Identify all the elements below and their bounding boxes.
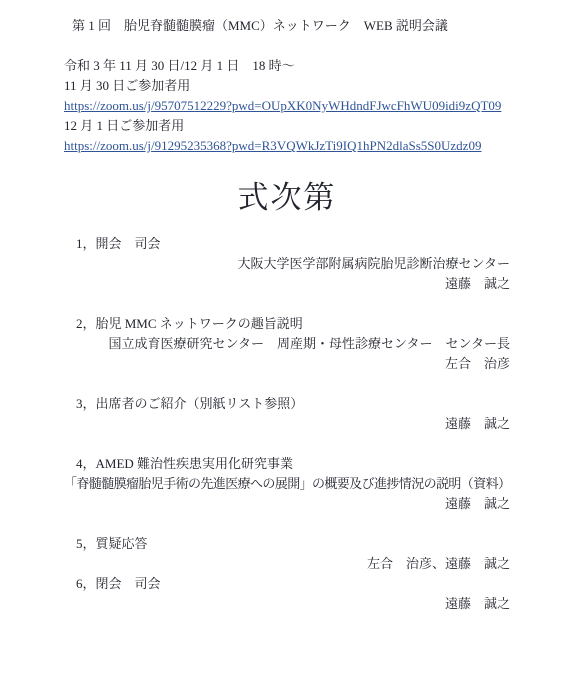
agenda-item-text: 2，胎児 MMC ネットワークの趣旨説明	[64, 314, 522, 334]
agenda-item-qa: 5，質疑応答 左合 治彦、遠藤 誠之	[64, 534, 584, 574]
speaker-name: 遠藤 誠之	[64, 274, 510, 294]
speaker-name: 遠藤 誠之	[64, 414, 510, 434]
speaker-name: 左合 治彦	[64, 354, 510, 374]
agenda-list: 1，開会 司会 大阪大学医学部附属病院胎児診断治療センター 遠藤 誠之 2，胎児…	[64, 234, 584, 614]
agenda-item-text: 3，出席者のご紹介（別紙リスト参照）	[64, 394, 522, 414]
agenda-item-text: 6，閉会 司会	[64, 574, 522, 594]
agenda-item-opening: 1，開会 司会 大阪大学医学部附属病院胎児診断治療センター 遠藤 誠之	[64, 234, 584, 294]
participants-label-dec1: 12 月 1 日ご参加者用	[64, 116, 510, 136]
agenda-heading: 式次第	[64, 180, 510, 216]
agenda-item-closing: 6，閉会 司会 遠藤 誠之	[64, 574, 584, 614]
zoom-link-nov30[interactable]: https://zoom.us/j/95707512229?pwd=OUpXK0…	[64, 96, 510, 116]
agenda-item-text: 4，AMED 難治性疾患実用化研究事業	[64, 454, 522, 474]
zoom-link-dec1[interactable]: https://zoom.us/j/91295235368?pwd=R3VQWk…	[64, 136, 510, 156]
agenda-item-text: 1，開会 司会	[64, 234, 522, 254]
speaker-name: 遠藤 誠之	[64, 594, 510, 614]
speaker-affiliation: 国立成育医療研究センター 周産期・母性診療センター センター長	[64, 334, 510, 354]
agenda-item-subtext: 「脊髄髄膜瘤胎児手術の先進医療への展開」の概要及び進捗情況の説明（資料）	[64, 474, 510, 494]
agenda-item-text: 5，質疑応答	[64, 534, 522, 554]
speaker-affiliation: 大阪大学医学部附属病院胎児診断治療センター	[64, 254, 510, 274]
document-page: 第 1 回 胎児脊髄髄膜瘤（MMC）ネットワーク WEB 説明会議 令和 3 年…	[0, 0, 584, 675]
speaker-name: 左合 治彦、遠藤 誠之	[64, 554, 510, 574]
agenda-item-amed-project: 4，AMED 難治性疾患実用化研究事業 「脊髄髄膜瘤胎児手術の先進医療への展開」…	[64, 454, 584, 514]
speaker-name: 遠藤 誠之	[64, 494, 510, 514]
agenda-item-introductions: 3，出席者のご紹介（別紙リスト参照） 遠藤 誠之	[64, 394, 584, 434]
agenda-item-purpose: 2，胎児 MMC ネットワークの趣旨説明 国立成育医療研究センター 周産期・母性…	[64, 314, 584, 374]
participants-label-nov30: 11 月 30 日ご参加者用	[64, 76, 510, 96]
meeting-title: 第 1 回 胎児脊髄髄膜瘤（MMC）ネットワーク WEB 説明会議	[64, 16, 518, 36]
meeting-datetime: 令和 3 年 11 月 30 日/12 月 1 日 18 時～	[64, 56, 510, 76]
